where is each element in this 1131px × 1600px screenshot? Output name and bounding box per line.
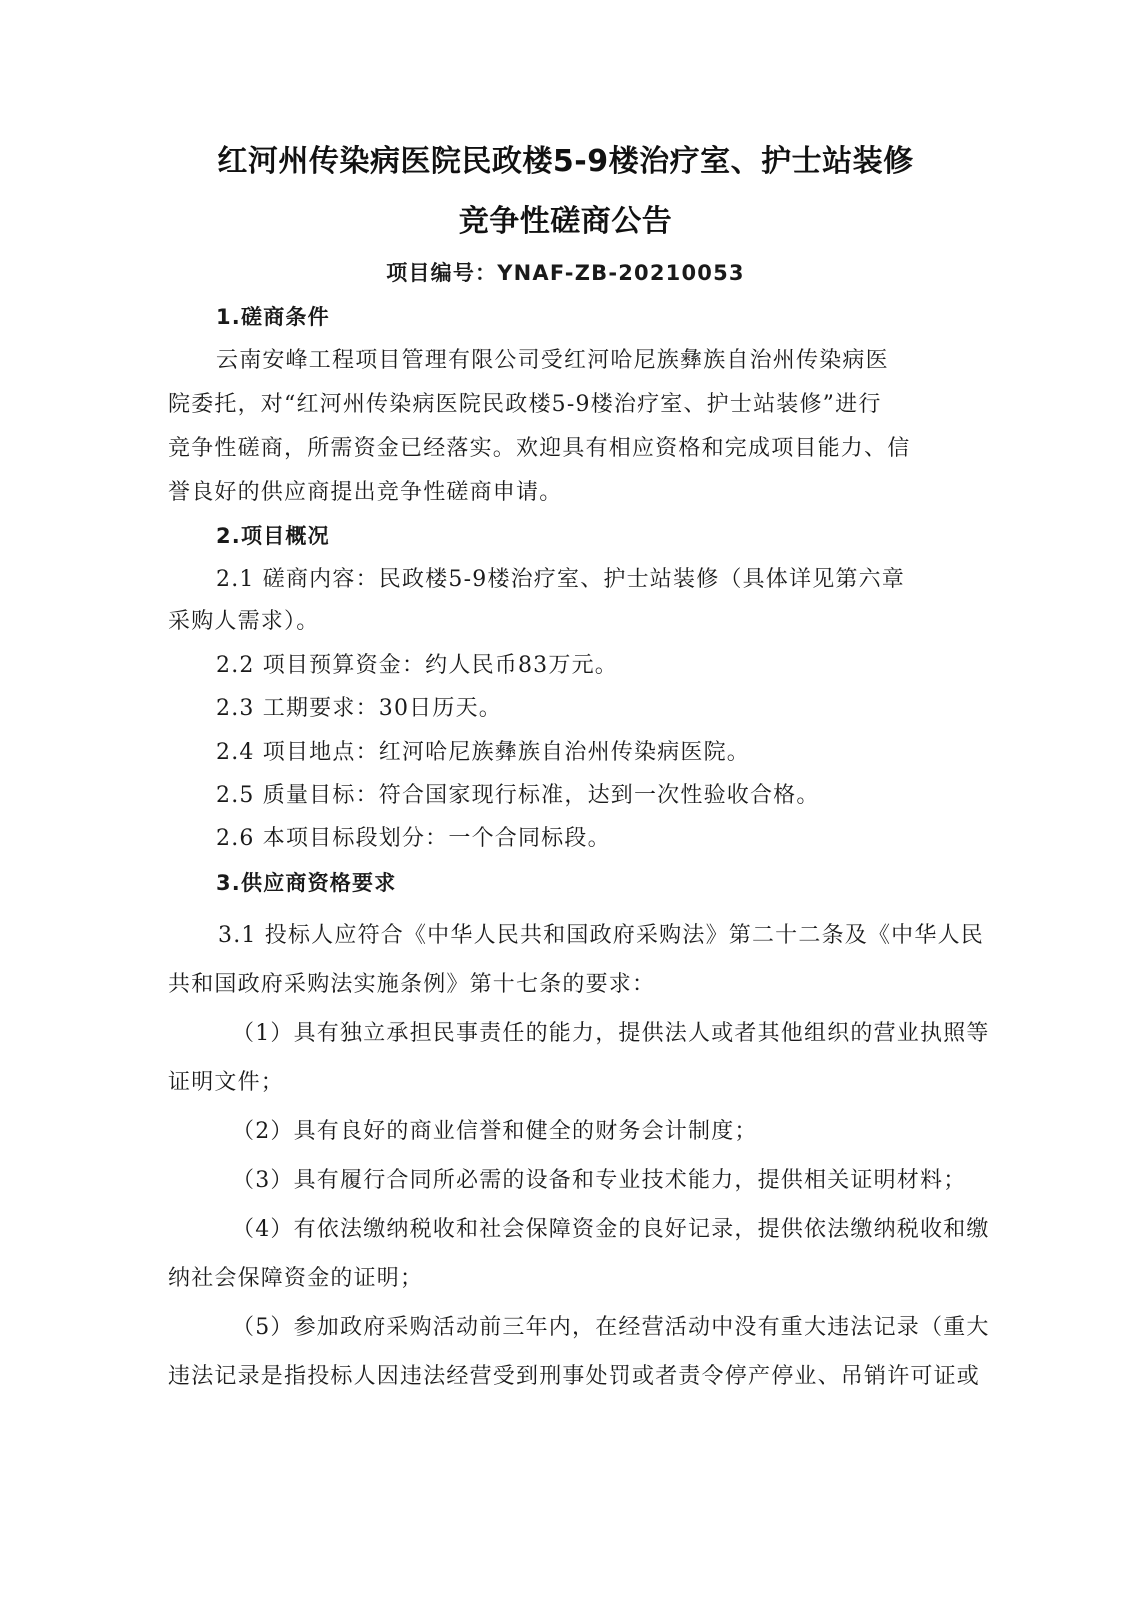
paragraph-line: 院委托，对“红河州传染病医院民政楼5-9楼治疗室、护士站装修”进行	[168, 390, 882, 420]
item-2-1: 2.1 磋商内容：民政楼5-9楼治疗室、护士站装修（具体详见第六章	[216, 565, 905, 595]
requirement-4: （4）有依法缴纳税收和社会保障资金的良好记录，提供依法缴纳税收和缴	[232, 1215, 990, 1245]
paragraph-line: 云南安峰工程项目管理有限公司受红河哈尼族彝族自治州传染病医	[216, 346, 889, 376]
requirement-5-cont: 违法记录是指投标人因违法经营受到刑事处罚或者责令停产停业、吊销许可证或	[168, 1362, 980, 1392]
item-2-1-cont: 采购人需求）。	[168, 607, 319, 637]
requirement-3: （3）具有履行合同所必需的设备和专业技术能力，提供相关证明材料；	[232, 1166, 966, 1196]
clause-3-1-cont: 共和国政府采购法实施条例》第十七条的要求：	[168, 970, 655, 1000]
item-2-6: 2.6 本项目标段划分：一个合同标段。	[216, 824, 611, 854]
paragraph-line: 竞争性磋商，所需资金已经落实。欢迎具有相应资格和完成项目能力、信	[168, 434, 910, 464]
item-2-3: 2.3 工期要求：30日历天。	[216, 694, 502, 724]
paragraph-line: 誉良好的供应商提出竞争性磋商申请。	[168, 478, 562, 508]
item-2-2: 2.2 项目预算资金：约人民币83万元。	[216, 651, 618, 681]
requirement-2: （2）具有良好的商业信誉和健全的财务会计制度；	[232, 1117, 758, 1147]
document-page: 红河州传染病医院民政楼5-9楼治疗室、护士站装修 竞争性磋商公告 项目编号：YN…	[0, 0, 1131, 1600]
clause-3-1: 3.1 投标人应符合《中华人民共和国政府采购法》第二十二条及《中华人民	[218, 921, 984, 951]
requirement-4-cont: 纳社会保障资金的证明；	[168, 1264, 423, 1294]
item-2-5: 2.5 质量目标：符合国家现行标准，达到一次性验收合格。	[216, 781, 820, 811]
requirement-1-cont: 证明文件；	[168, 1068, 284, 1098]
document-title-line2: 竞争性磋商公告	[0, 202, 1131, 242]
requirement-1: （1）具有独立承担民事责任的能力，提供法人或者其他组织的营业执照等	[232, 1019, 990, 1049]
document-title-line1: 红河州传染病医院民政楼5-9楼治疗室、护士站装修	[0, 142, 1131, 182]
project-number: 项目编号：YNAF-ZB-20210053	[0, 258, 1131, 288]
requirement-5: （5）参加政府采购活动前三年内，在经营活动中没有重大违法记录（重大	[232, 1313, 990, 1343]
section-heading-2: 2.项目概况	[216, 521, 330, 551]
item-2-4: 2.4 项目地点：红河哈尼族彝族自治州传染病医院。	[216, 738, 750, 768]
section-heading-3: 3.供应商资格要求	[216, 868, 396, 898]
section-heading-1: 1.磋商条件	[216, 302, 330, 332]
